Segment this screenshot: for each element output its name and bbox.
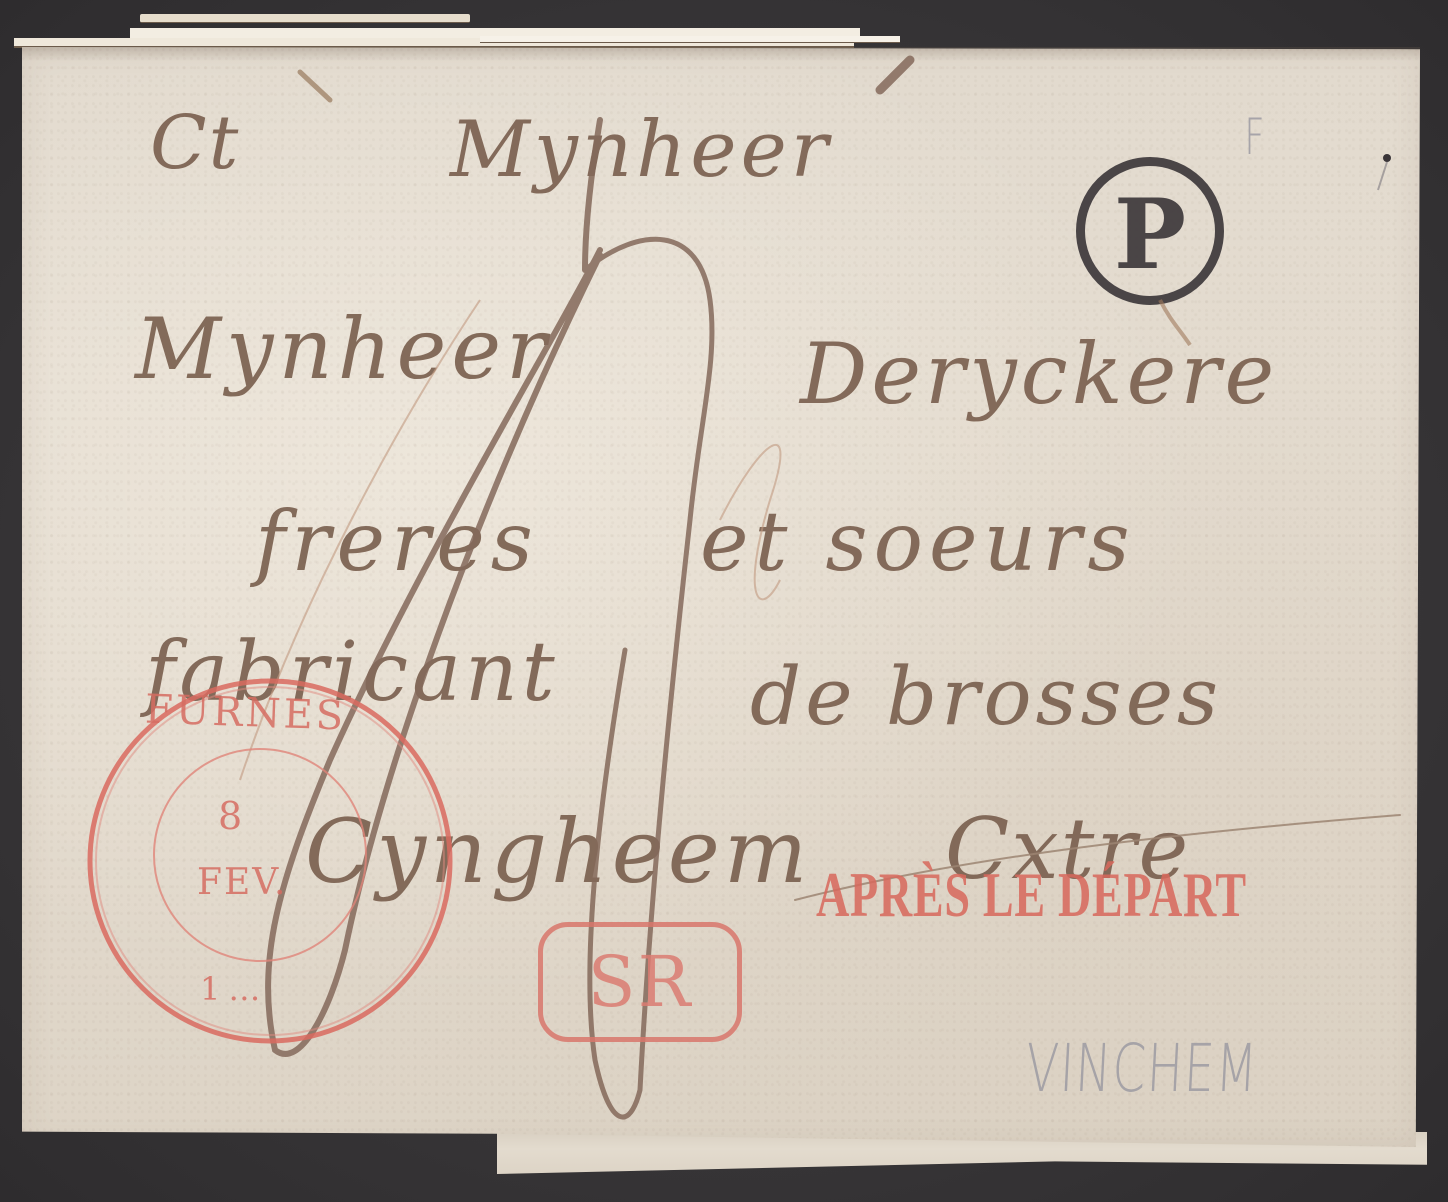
pencil-place-name: VINCHEM (1024, 1030, 1260, 1107)
pencil-corner-mark: F (1244, 108, 1264, 166)
ink-smudge (0, 0, 1448, 1202)
